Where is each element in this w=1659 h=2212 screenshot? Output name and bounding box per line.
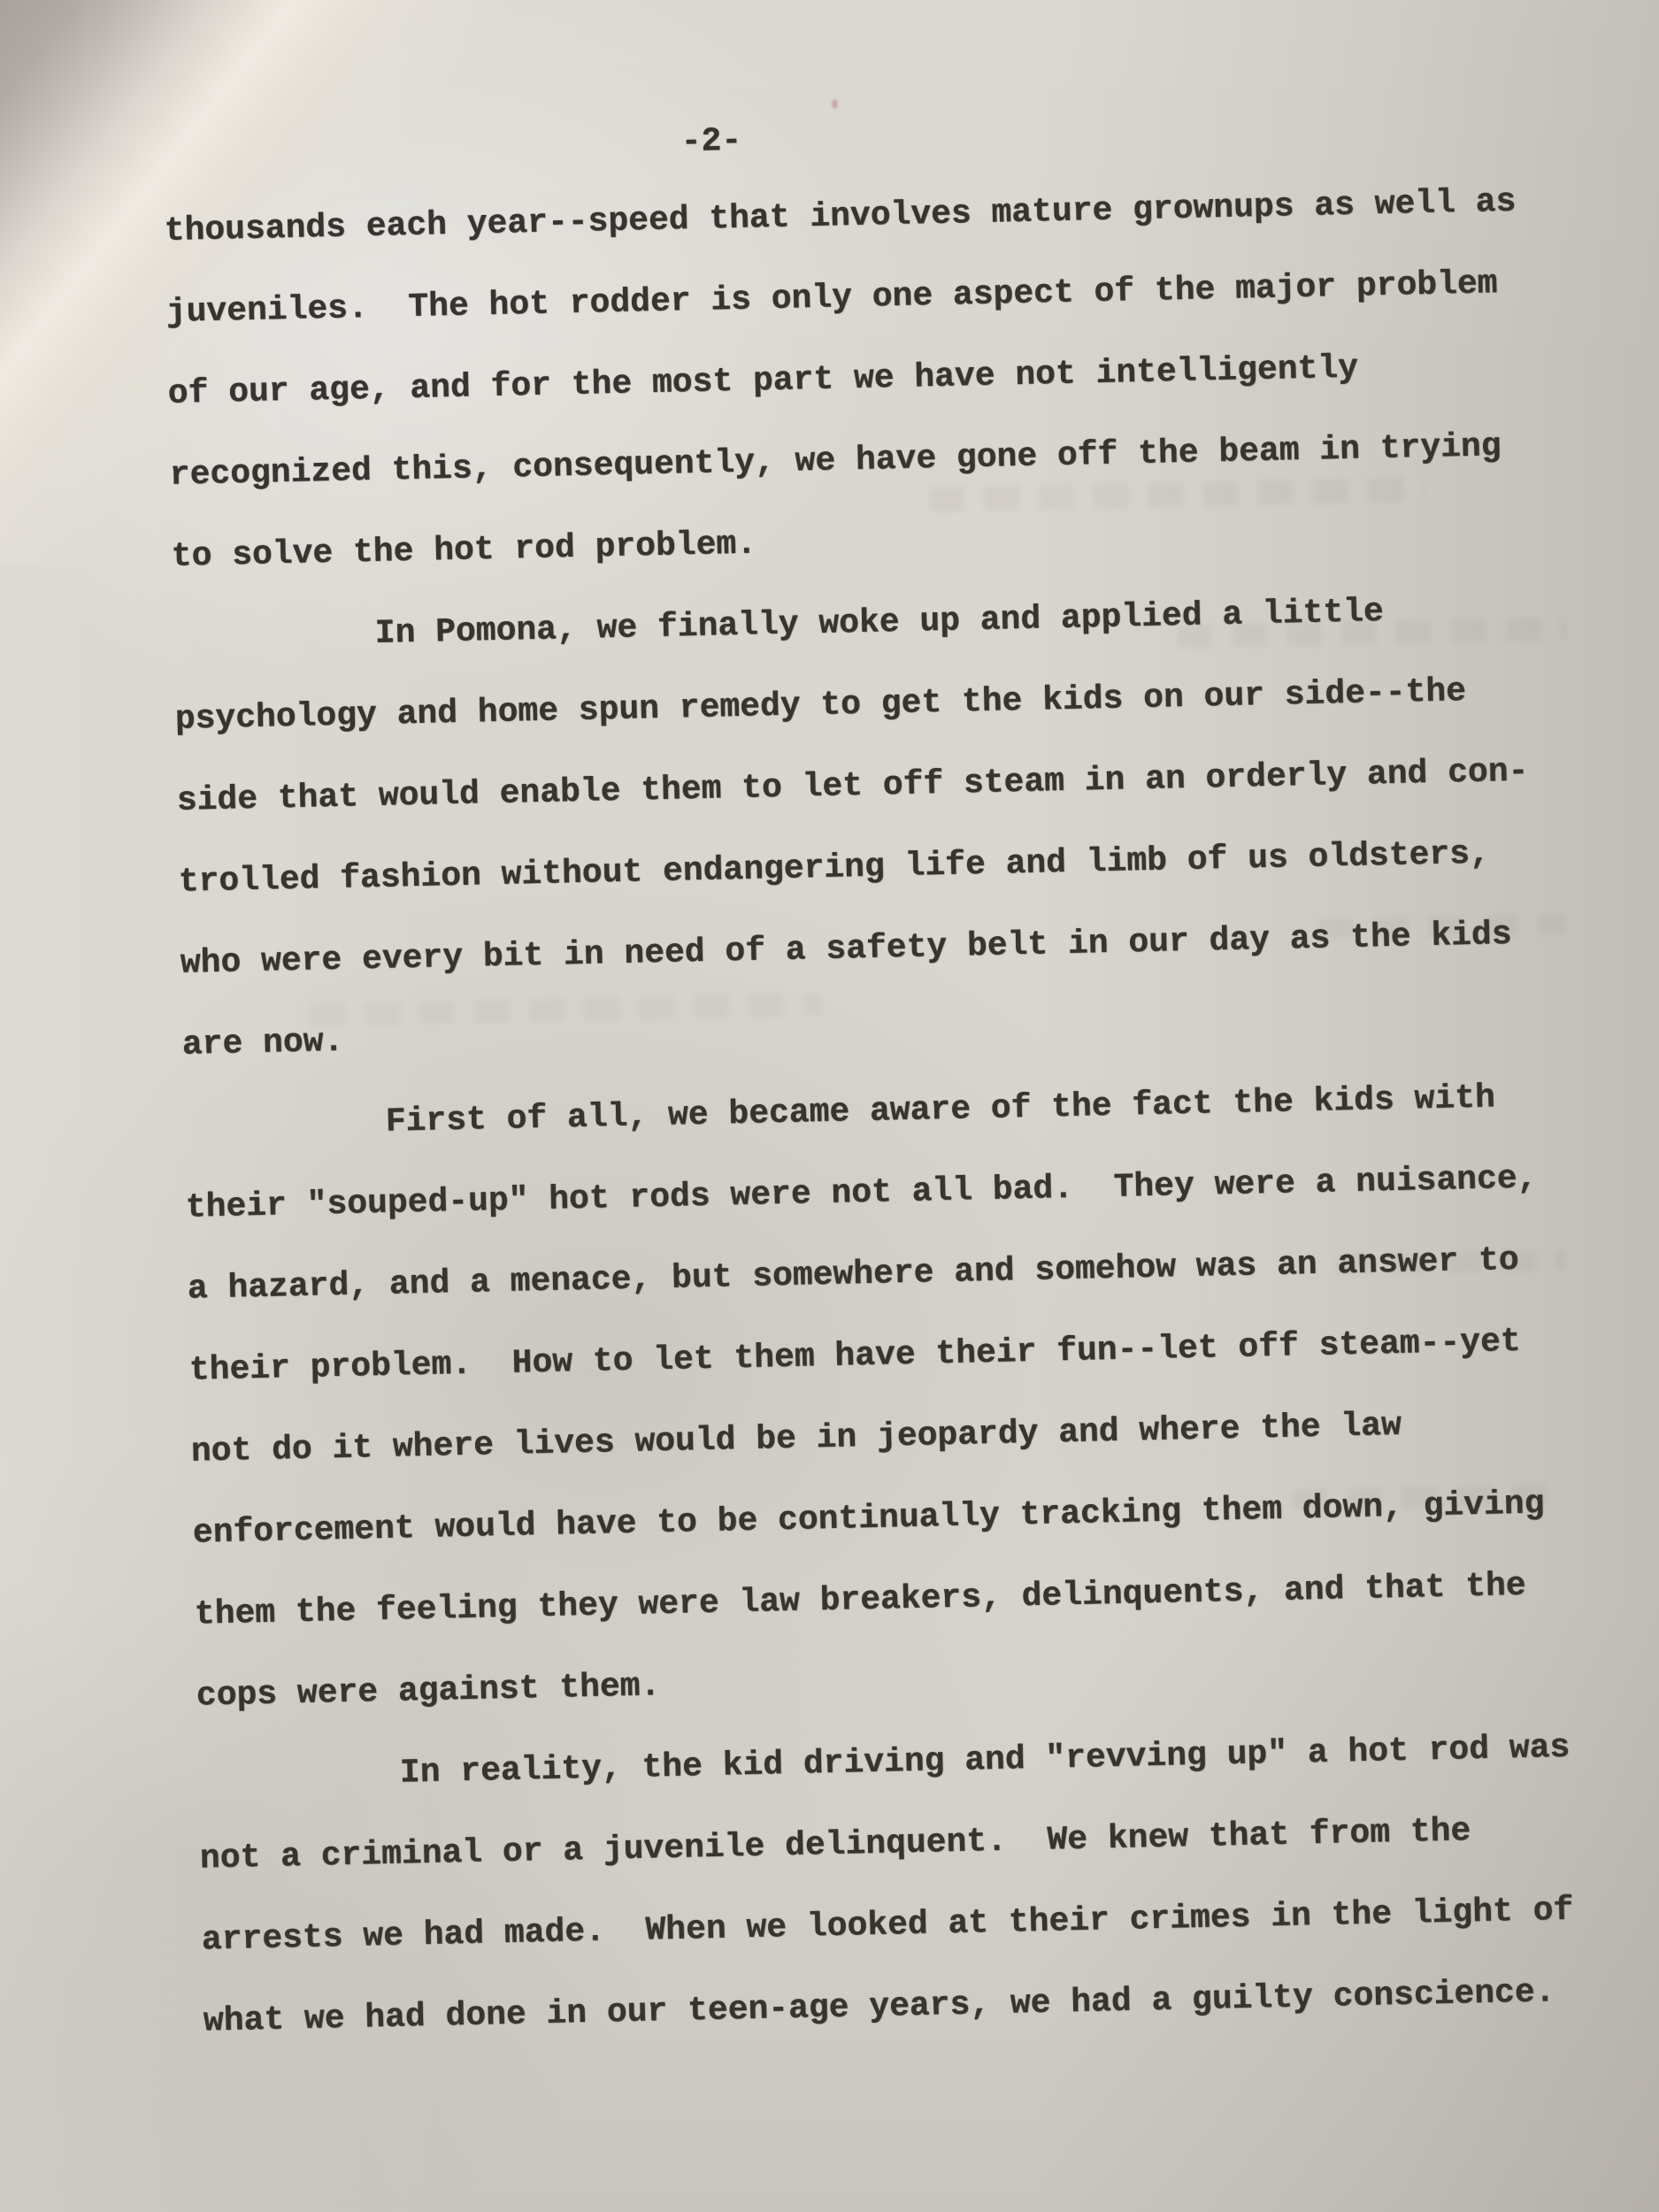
document-page: -2- thousands each year--speed that invo… xyxy=(0,0,1659,2212)
document-lines: thousands each year--speed that involves… xyxy=(164,160,1629,2063)
typewritten-text-block: -2- thousands each year--speed that invo… xyxy=(162,86,1629,2063)
